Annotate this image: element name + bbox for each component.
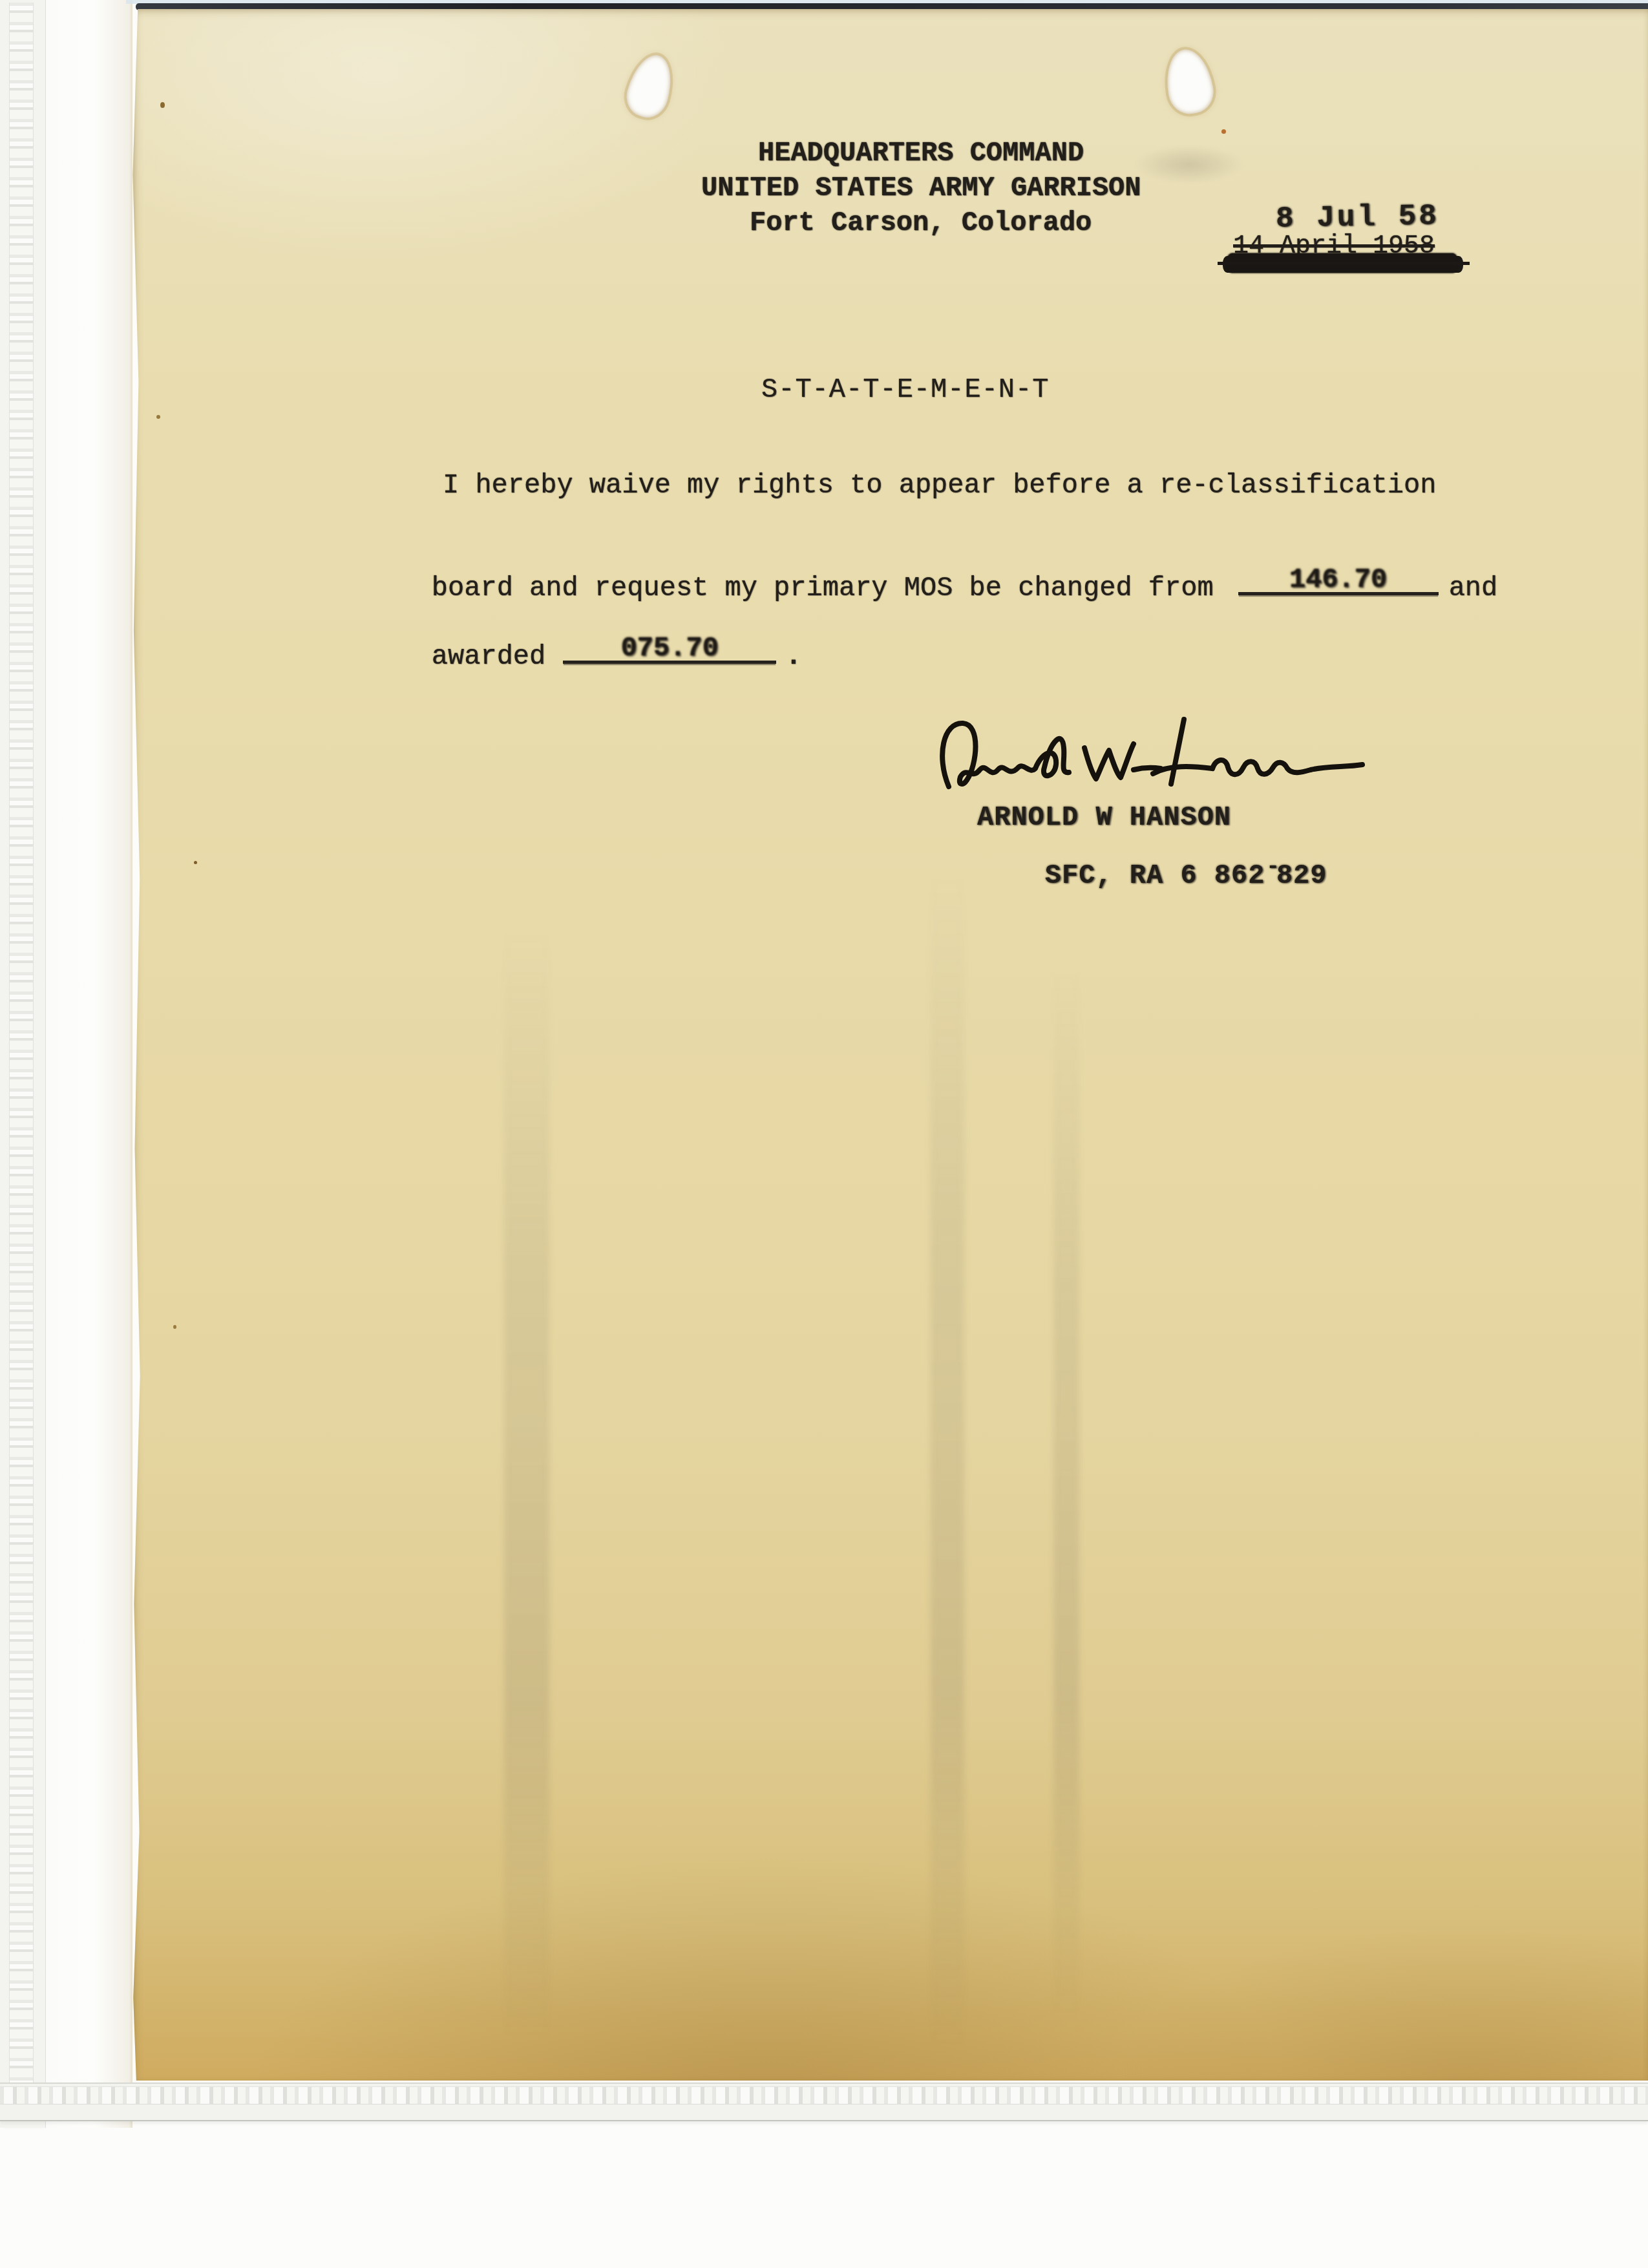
mos-new-value: 075.70	[563, 633, 776, 663]
letterhead-line-2: UNITED STATES ARMY GARRISON	[701, 173, 1141, 203]
sheet-protector-margin	[46, 0, 132, 2128]
mos-old-blank-line: 146.70	[1238, 562, 1439, 595]
mos-new-blank-line: 075.70	[563, 631, 776, 664]
signature-typed-name: ARNOLD W HANSON	[977, 803, 1231, 832]
punch-hole-right	[1161, 46, 1217, 118]
obliterated-date-line	[1227, 253, 1458, 273]
body-line-3: awarded075.70.	[366, 601, 801, 702]
service-number-dash: -	[1266, 855, 1280, 880]
mos-old-value: 146.70	[1238, 565, 1439, 595]
signature-service-line: SFC, RA 6 862-829	[977, 831, 1327, 921]
body-line-2-suffix: and	[1449, 573, 1498, 604]
scan-background: { "document": { "letterhead": [ "HEADQUA…	[0, 0, 1648, 2268]
body-line-3-period: .	[785, 641, 801, 672]
paper-speck	[194, 861, 197, 864]
paper-speck	[173, 1325, 176, 1329]
paper-streak	[504, 928, 549, 2040]
perforation-strip-left	[9, 3, 34, 2114]
sheet-protector-bottom-edge	[0, 2083, 1648, 2121]
sheet-protector-left-edge	[0, 0, 46, 2128]
paper-streak	[931, 873, 964, 2049]
letterhead-line-1: HEADQUARTERS COMMAND	[758, 138, 1084, 168]
service-number-pre: SFC, RA 6 862	[1045, 860, 1265, 891]
signature-script	[931, 710, 1370, 807]
date-stamp: 8 Jul 58	[1276, 200, 1440, 236]
body-line-3-text: awarded	[432, 641, 545, 672]
document-page: HEADQUARTERS COMMAND UNITED STATES ARMY …	[132, 9, 1648, 2081]
paper-speck	[1221, 129, 1226, 134]
body-line-2-text: board and request my primary MOS be chan…	[432, 573, 1214, 604]
statement-title: S-T-A-T-E-M-E-N-T	[761, 375, 1049, 405]
service-number-post: 829	[1276, 860, 1327, 891]
body-line-1: I hereby waive my rights to appear befor…	[443, 471, 1436, 500]
letterhead-line-3: Fort Carson, Colorado	[750, 208, 1092, 238]
perforation-strip-bottom	[0, 2086, 1648, 2104]
pencil-smudge	[1134, 145, 1244, 184]
paper-streak	[1053, 970, 1079, 2017]
paper-speck	[160, 102, 165, 108]
punch-hole-left	[622, 50, 679, 122]
paper-speck	[156, 415, 160, 419]
